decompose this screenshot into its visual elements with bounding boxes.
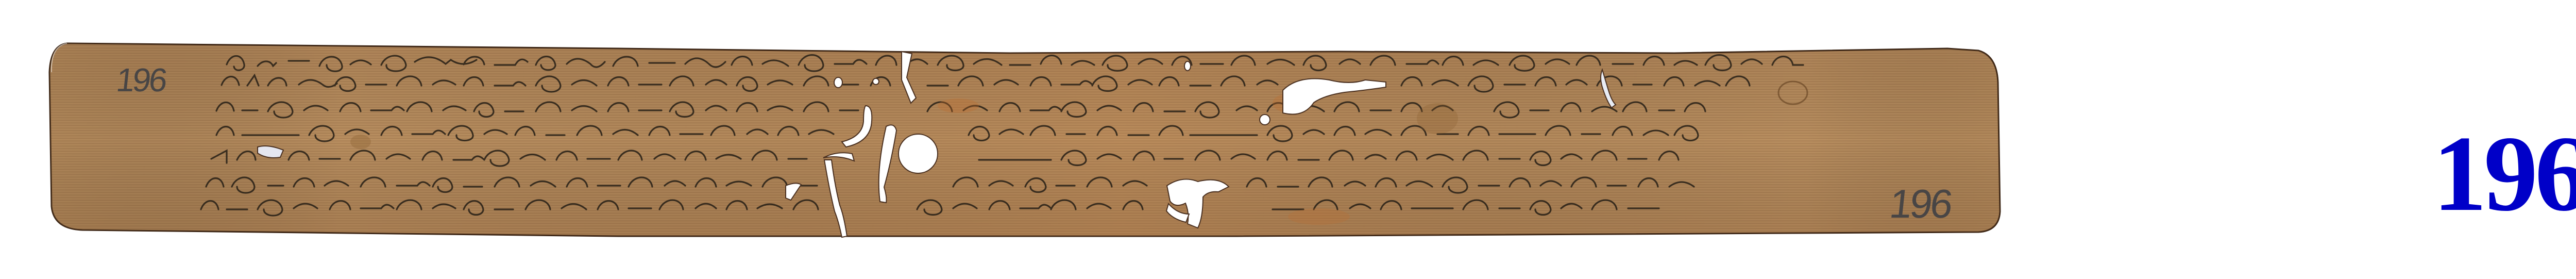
handwritten-folio-right: 196 [1887,180,1953,227]
binding-hole [899,134,938,173]
palm-leaf [0,0,2576,279]
handwritten-folio-left: 196 [114,61,167,99]
manuscript-scan: 196 196 196 [0,0,2576,279]
page-number: 196 [2433,120,2576,228]
